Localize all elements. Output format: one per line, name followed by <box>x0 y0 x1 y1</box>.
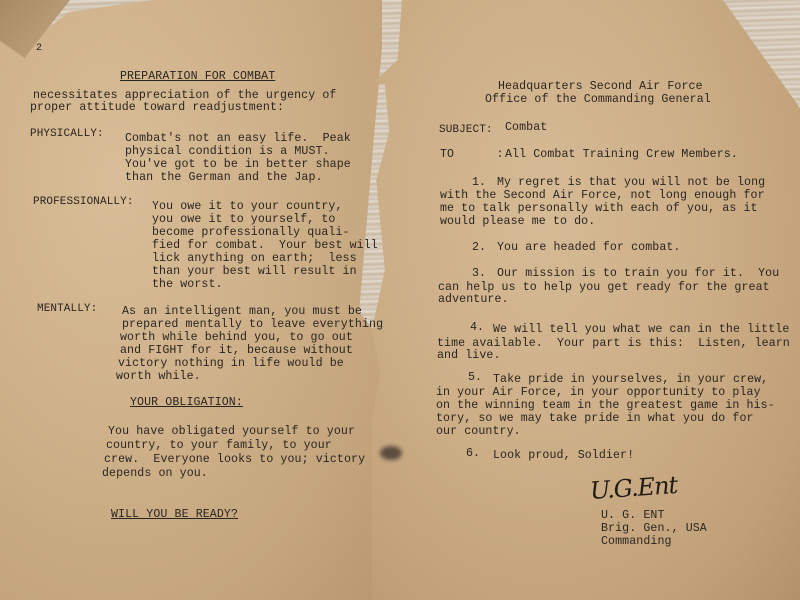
subject-label: SUBJECT: <box>439 123 493 138</box>
signatory-title: Commanding <box>601 534 672 549</box>
section-text: the worst. <box>152 277 223 292</box>
item-number: 3. <box>472 266 486 281</box>
obligation-heading: YOUR OBLIGATION: <box>130 395 243 410</box>
item-text: would please me to do. <box>440 214 595 229</box>
to-value: All Combat Training Crew Members. <box>505 147 738 162</box>
section-text: than the German and the Jap. <box>125 170 323 185</box>
page-number: 2 <box>36 41 42 56</box>
item-text: Our mission is to train you for it. You <box>497 266 779 281</box>
closing-question: WILL YOU BE READY? <box>111 507 238 522</box>
item-text: our country. <box>436 424 521 439</box>
item-number: 6. <box>466 446 480 461</box>
obligation-text: country, to your family, to your <box>106 438 332 453</box>
item-number: 5. <box>468 370 482 385</box>
to-label: TO : <box>440 147 504 162</box>
obligation-text: crew. Everyone looks to you; victory <box>104 452 365 467</box>
intro-line-2: proper attitude toward readjustment: <box>30 100 284 115</box>
item-text: adventure. <box>438 292 509 307</box>
obligation-text: You have obligated yourself to your <box>108 424 355 439</box>
item-text: We will tell you what we can in the litt… <box>493 322 789 337</box>
item-number: 4. <box>470 320 484 335</box>
item-number: 2. <box>472 240 486 255</box>
section-label-physically: PHYSICALLY: <box>30 127 104 142</box>
item-text: and live. <box>437 348 501 363</box>
obligation-text: depends on you. <box>102 466 208 481</box>
item-text: You are headed for combat. <box>497 240 681 255</box>
ink-stain <box>380 446 402 460</box>
section-label-professionally: PROFESSIONALLY: <box>33 195 134 210</box>
item-text: Look proud, Soldier! <box>493 448 634 463</box>
subject-value: Combat <box>505 120 547 135</box>
page-title: PREPARATION FOR COMBAT <box>120 69 275 84</box>
section-text: worth while. <box>116 369 201 384</box>
section-label-mentally: MENTALLY: <box>37 302 97 317</box>
letterhead-line-2: Office of the Commanding General <box>485 92 711 107</box>
